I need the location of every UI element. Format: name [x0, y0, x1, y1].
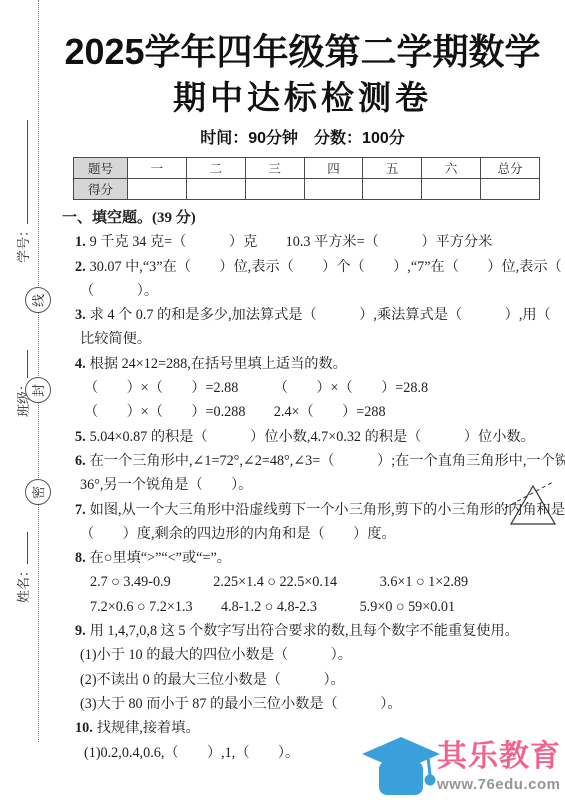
score-header-cell: 总分 [481, 158, 540, 179]
questions-section: 一、填空题。(39 分) 1.9 千克 34 克=（ ）克 10.3 平方米=（… [62, 206, 560, 765]
name-label: 姓名： [16, 564, 31, 603]
question-text: （ ）×（ ）=2.88 （ ）×（ ）=28.8 [84, 380, 428, 396]
question-number: 3. [75, 307, 86, 323]
triangle-figure [503, 477, 561, 529]
score-header-cell: 四 [304, 158, 363, 179]
name-field: 姓名： [16, 532, 32, 603]
question-text: 求 4 个 0.7 的和是多少,加法算式是（ ）,乘法算式是（ ）,用（ ）法计… [90, 307, 565, 323]
score-header-cell: 一 [128, 158, 187, 179]
question-text: （ ）度,剩余的四边形的内角和是（ ）度。 [80, 526, 396, 542]
question-number: 5. [75, 429, 86, 445]
question-text: 5.04×0.87 的积是（ ）位小数,4.7×0.32 的积是（ ）位小数。 [90, 429, 535, 445]
paper-title-line1: 2025学年四年级第二学期数学 [40, 24, 565, 75]
question-text: 7.2×0.6 ○ 7.2×1.3 4.8-1.2 ○ 4.8-2.3 5.9×… [90, 599, 455, 615]
score-cell: 得分 [74, 179, 128, 200]
question-line: (2)不读出 0 的最大三位小数是（ ）。 [62, 668, 560, 692]
seal-mark-xian: 线 [25, 287, 51, 313]
question-line: （ ）。 [62, 279, 560, 303]
question-number: 4. [75, 356, 86, 372]
question-text: （ ）。 [80, 283, 158, 299]
question-text: (2)不读出 0 的最大三位小数是（ ）。 [80, 672, 345, 688]
question-line: 4.根据 24×12=288,在括号里填上适当的数。 [62, 352, 560, 376]
seal-dotted-line [38, 0, 39, 742]
question-text: 如图,从一个大三角形中沿虚线剪下一个小三角形,剪下的小三角形的内角和是 [90, 502, 565, 518]
class-blank [16, 350, 28, 378]
question-text: (1)0.2,0.4,0.6,（ ）,1,（ ）。 [84, 745, 299, 761]
paper-title-line2: 期中达标检测卷 [40, 72, 565, 119]
question-line: （ ）×（ ）=2.88 （ ）×（ ）=28.8 [62, 376, 560, 400]
student-id-label: 学号： [16, 224, 31, 263]
question-text: 用 1,4,7,0,8 这 5 个数字写出符合要求的数,且每个数字不能重复使用。 [90, 623, 519, 639]
question-text: 比较简便。 [80, 331, 151, 347]
question-number: 1. [75, 234, 86, 250]
question-line: （ ）度,剩余的四边形的内角和是（ ）度。 [62, 522, 560, 546]
question-text: (1)小于 10 的最大的四位小数是（ ）。 [80, 647, 352, 663]
question-text: (3)大于 80 而小于 87 的最小三位小数是（ ）。 [80, 696, 402, 712]
question-text: 根据 24×12=288,在括号里填上适当的数。 [90, 356, 347, 372]
score-table-score-row: 得分 [74, 179, 540, 200]
question-text: 在一个三角形中,∠1=72°,∠2=48°,∠3=（ ）;在一个直角三角形中,一… [90, 453, 565, 469]
question-number: 8. [75, 550, 86, 566]
score-cell [481, 179, 540, 200]
question-text: 找规律,接着填。 [97, 720, 200, 736]
score-table-header-row: 题号 一 二 三 四 五 六 总分 [74, 158, 540, 179]
score-header-cell: 二 [186, 158, 245, 179]
question-text: 在○里填“>”“<”或“=”。 [90, 550, 231, 566]
question-line: 7.2×0.6 ○ 7.2×1.3 4.8-1.2 ○ 4.8-2.3 5.9×… [62, 595, 560, 619]
graduation-cap-icon [362, 737, 440, 800]
score-cell [304, 179, 363, 200]
brand-name: 其乐教育 [437, 739, 562, 775]
score-cell [128, 179, 187, 200]
question-line: 6.在一个三角形中,∠1=72°,∠2=48°,∠3=（ ）;在一个直角三角形中… [62, 449, 560, 473]
time-score-info: 时间：90分钟 分数：100分 [40, 125, 565, 148]
question-line: （ ）×（ ）=0.288 2.4×（ ）=288 [62, 400, 560, 424]
name-blank [16, 532, 28, 564]
question-line: 7.如图,从一个大三角形中沿虚线剪下一个小三角形,剪下的小三角形的内角和是 [62, 498, 560, 522]
question-line: 5.5.04×0.87 的积是（ ）位小数,4.7×0.32 的积是（ ）位小数… [62, 425, 560, 449]
score-cell [186, 179, 245, 200]
question-text: 2.7 ○ 3.49-0.9 2.25×1.4 ○ 22.5×0.14 3.6×… [90, 574, 468, 590]
score-cell [245, 179, 304, 200]
question-text: 30.07 中,“3”在（ ）位,表示（ ）个（ ）,“7”在（ ）位,表示（ … [90, 259, 565, 275]
question-line: 比较简便。 [62, 327, 560, 351]
seal-mark-mi: 密 [25, 479, 51, 505]
student-id-field: 学号： [16, 120, 32, 263]
question-line: 36°,另一个锐角是（ ）。 [62, 473, 560, 497]
question-number: 6. [75, 453, 86, 469]
question-line: 9.用 1,4,7,0,8 这 5 个数字写出符合要求的数,且每个数字不能重复使… [62, 619, 560, 643]
score-header-cell: 题号 [74, 158, 128, 179]
question-text: 9 千克 34 克=（ ）克 10.3 平方米=（ ）平方分米 [90, 234, 493, 250]
exam-paper-page: 学号： 班级： 姓名： 线 封 密 2025学年四年级第二学期数学 期中达标检测… [0, 0, 565, 800]
question-number: 10. [75, 720, 93, 736]
brand-url: www.76edu.com [437, 776, 562, 793]
score-header-cell: 五 [363, 158, 422, 179]
score-table: 题号 一 二 三 四 五 六 总分 得分 [73, 157, 540, 200]
question-line: 2.7 ○ 3.49-0.9 2.25×1.4 ○ 22.5×0.14 3.6×… [62, 570, 560, 594]
student-id-blank [16, 120, 28, 224]
question-line: 10.找规律,接着填。 [62, 716, 560, 740]
score-header-cell: 三 [245, 158, 304, 179]
question-text: 36°,另一个锐角是（ ）。 [80, 477, 252, 493]
question-number: 9. [75, 623, 86, 639]
question-line: 3.求 4 个 0.7 的和是多少,加法算式是（ ）,乘法算式是（ ）,用（ ）… [62, 303, 560, 327]
question-line: 1.9 千克 34 克=（ ）克 10.3 平方米=（ ）平方分米 [62, 230, 560, 254]
question-line: 8.在○里填“>”“<”或“=”。 [62, 546, 560, 570]
score-header-cell: 六 [422, 158, 481, 179]
score-cell [422, 179, 481, 200]
score-cell [363, 179, 422, 200]
question-line: 2.30.07 中,“3”在（ ）位,表示（ ）个（ ）,“7”在（ ）位,表示… [62, 255, 560, 279]
question-line: (1)小于 10 的最大的四位小数是（ ）。 [62, 643, 560, 667]
seal-mark-feng: 封 [25, 377, 51, 403]
question-text: （ ）×（ ）=0.288 2.4×（ ）=288 [84, 404, 386, 420]
section-title: 一、填空题。(39 分) [62, 206, 560, 230]
question-line: (3)大于 80 而小于 87 的最小三位小数是（ ）。 [62, 692, 560, 716]
question-number: 7. [75, 502, 86, 518]
question-number: 2. [75, 259, 86, 275]
